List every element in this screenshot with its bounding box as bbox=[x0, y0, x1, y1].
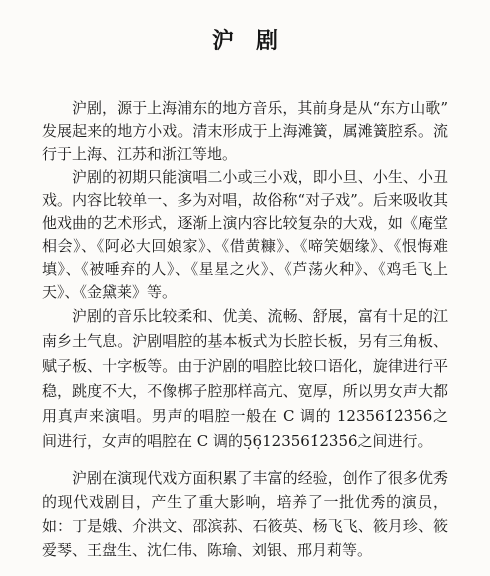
page-title: 沪 剧 bbox=[0, 0, 490, 56]
paragraph-early-plays: 沪剧的初期只能演唱二小或三小戏，即小旦、小生、小丑戏。内容比较单一、多为对唱，故… bbox=[42, 166, 448, 304]
paragraph-modern-actors: 沪剧在演现代戏方面积累了丰富的经验，创作了很多优秀的现代戏剧目，产生了重大影响，… bbox=[42, 466, 448, 562]
paragraph-origin: 沪剧，源于上海浦东的地方音乐，其前身是从“东方山歌”发展起来的地方小戏。清末形成… bbox=[42, 97, 448, 166]
book-page: 沪 剧 沪剧，源于上海浦东的地方音乐，其前身是从“东方山歌”发展起来的地方小戏。… bbox=[0, 0, 490, 576]
paragraph-music: 沪剧的音乐比较柔和、优美、流畅、舒展，富有十足的江南乡土气息。沪剧唱腔的基本板式… bbox=[42, 304, 448, 454]
article-body: 沪剧，源于上海浦东的地方音乐，其前身是从“东方山歌”发展起来的地方小戏。清末形成… bbox=[42, 97, 448, 562]
